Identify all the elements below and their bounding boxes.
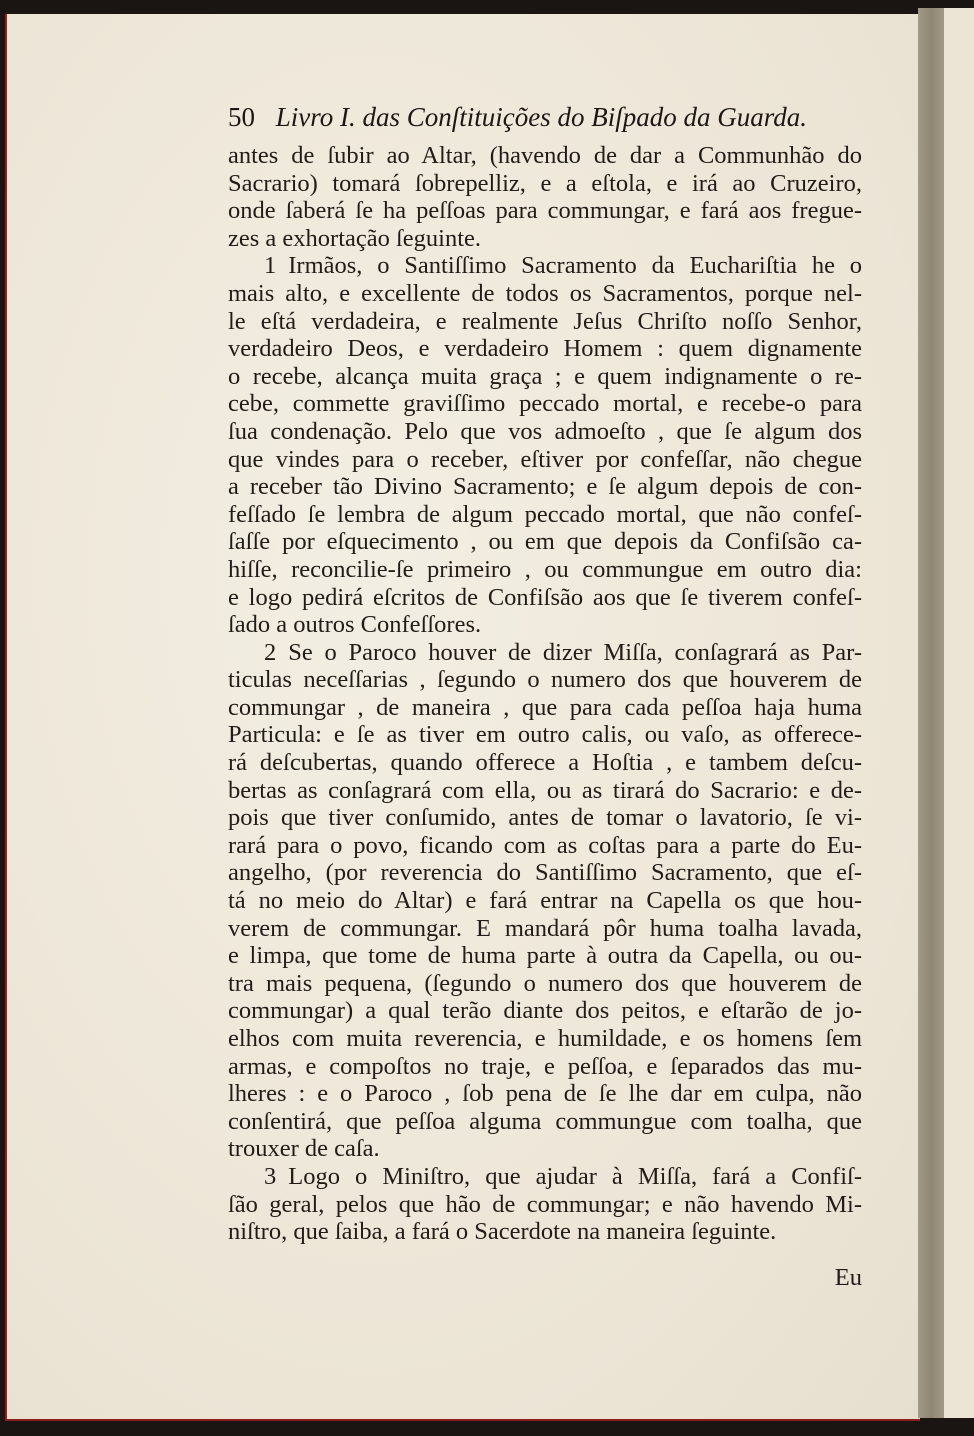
- text-line: lheres : e o Paroco , ſob pena de ſe lhe…: [228, 1080, 862, 1108]
- text-line: conſentirá, que peſſoa alguma commungue …: [228, 1108, 862, 1136]
- text-line: niſtro, que ſaiba, a fará o Sacerdote na…: [228, 1218, 862, 1246]
- text-line: trouxer de caſa.: [228, 1135, 862, 1163]
- paragraph-first-line: 3Logo o Miniſtro, que ajudar à Miſſa, fa…: [228, 1163, 862, 1191]
- paragraph-first-line: 2Se o Paroco houver de dizer Miſſa, conſ…: [228, 639, 862, 667]
- text-line: Se o Paroco houver de dizer Miſſa, conſa…: [288, 639, 862, 666]
- text-line: onde ſaberá ſe ha peſſoas para commungar…: [228, 197, 862, 225]
- text-line: rá deſcubertas, quando offerece a Hoſtia…: [228, 749, 862, 777]
- running-header: 50 Livro I. das Conſtituições do Biſpado…: [228, 102, 807, 133]
- text-line: e limpa, que tome de huma parte à outra …: [228, 942, 862, 970]
- text-line: ſua condenação. Pelo que vos admoeſto , …: [228, 418, 862, 446]
- page-number: 50: [228, 102, 255, 132]
- text-line: verdadeiro Deos, e verdadeiro Homem : qu…: [228, 335, 862, 363]
- text-line: bertas as conſagrará com ella, ou as tir…: [228, 777, 862, 805]
- text-line: e logo pedirá eſcritos de Confiſsão aos …: [228, 584, 862, 612]
- text-line: ticulas neceſſarias , ſegundo o numero d…: [228, 666, 862, 694]
- page-body: antes de ſubir ao Altar, (havendo de dar…: [228, 142, 862, 1246]
- text-line: hiſſe, reconcilie-ſe primeiro , ou commu…: [228, 556, 862, 584]
- text-line: a receber tão Divino Sacramento; e ſe al…: [228, 473, 862, 501]
- text-line: zes a exhortação ſeguinte.: [228, 225, 862, 253]
- text-line: antes de ſubir ao Altar, (havendo de dar…: [228, 142, 862, 170]
- paragraph-number: 3: [264, 1163, 276, 1190]
- paragraph-number: 1: [264, 252, 276, 279]
- text-line: elhos com muita reverencia, e humildade,…: [228, 1025, 862, 1053]
- text-line: pois que tiver conſumido, antes de tomar…: [228, 804, 862, 832]
- text-line: ſão geral, pelos que hão de commungar; e…: [228, 1191, 862, 1219]
- text-line: Logo o Miniſtro, que ajudar à Miſſa, far…: [288, 1163, 862, 1190]
- text-line: tra mais pequena, (ſegundo o numero dos …: [228, 970, 862, 998]
- text-line: ſaſſe por eſquecimento , ou em que depoi…: [228, 528, 862, 556]
- text-line: commungar , de maneira , que para cada p…: [228, 694, 862, 722]
- text-line: cebe, commette graviſſimo peccado mortal…: [228, 390, 862, 418]
- text-line: Irmãos, o Santiſſimo Sacramento da Eucha…: [288, 252, 862, 279]
- text-line: o recebe, alcança muita graça ; e quem i…: [228, 363, 862, 391]
- text-line: le eſtá verdadeira, e realmente Jeſus Ch…: [228, 308, 862, 336]
- text-line: mais alto, e excellente de todos os Sacr…: [228, 280, 862, 308]
- text-line: verem de commungar. E mandará pôr huma t…: [228, 915, 862, 943]
- facing-page-edge: [944, 8, 974, 1418]
- text-line: armas, e compoſtos no traje, e peſſoa, e…: [228, 1053, 862, 1081]
- book-gutter: [918, 8, 944, 1418]
- text-line: ſado a outros Confeſſores.: [228, 611, 862, 639]
- text-line: commungar) a qual terão diante dos peito…: [228, 997, 862, 1025]
- text-line: tá no meio do Altar) e fará entrar na Ca…: [228, 887, 862, 915]
- text-line: angelho, (por reverencia do Santiſſimo S…: [228, 859, 862, 887]
- paragraph-first-line: 1Irmãos, o Santiſſimo Sacramento da Euch…: [228, 252, 862, 280]
- text-line: feſſado ſe lembra de algum peccado morta…: [228, 501, 862, 529]
- text-line: Sacrario) tomará ſobrepelliz, e a eſtola…: [228, 170, 862, 198]
- running-title: Livro I. das Conſtituições do Biſpado da…: [276, 102, 807, 132]
- text-line: que vindes para o receber, eſtiver por c…: [228, 446, 862, 474]
- text-line: rará para o povo, ficando com as coſtas …: [228, 832, 862, 860]
- text-line: Particula: e ſe as tiver em outro calis,…: [228, 721, 862, 749]
- paragraph-number: 2: [264, 639, 276, 666]
- catchword: Eu: [835, 1264, 862, 1292]
